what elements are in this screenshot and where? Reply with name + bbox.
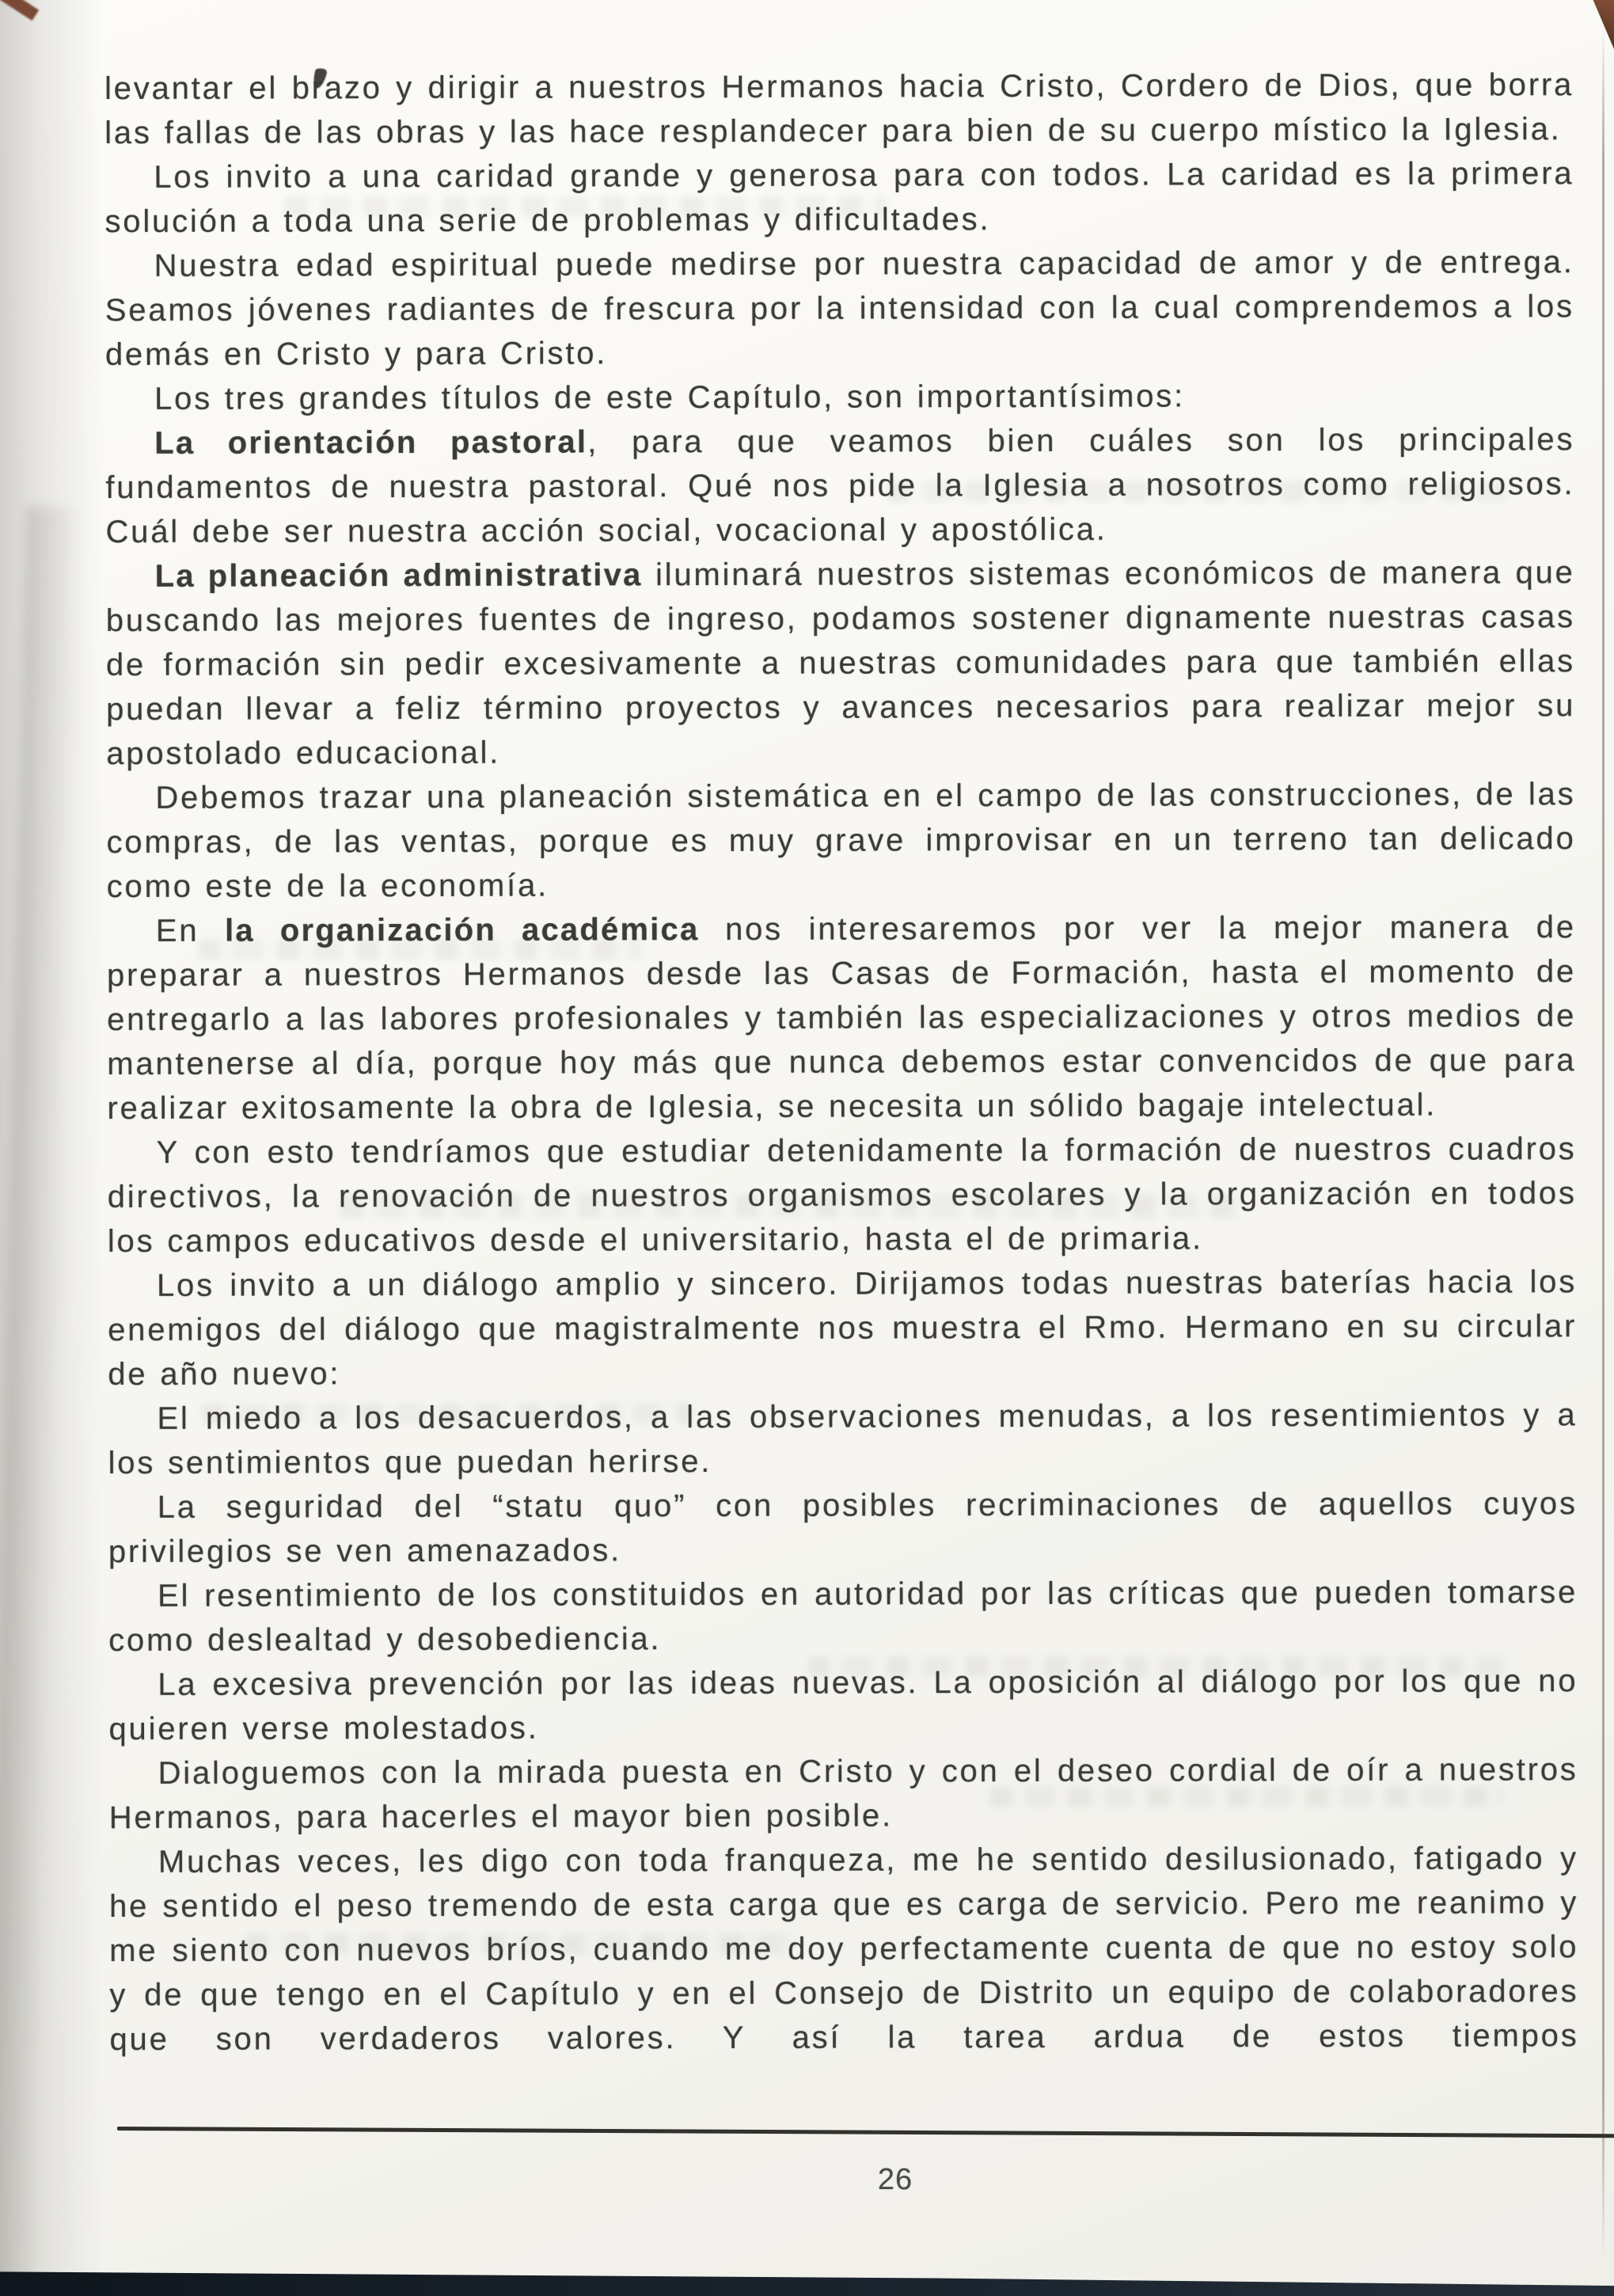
scan-edge-bottom: [0, 2269, 1614, 2296]
paragraph: Los invito a un diálogo amplio y sincero…: [108, 1260, 1577, 1397]
page-number: 26: [844, 2163, 947, 2197]
footer-rule: [117, 2127, 1614, 2138]
paragraph: El resentimiento de los constituidos en …: [108, 1570, 1578, 1663]
paragraph: Dialoguemos con la mirada puesta en Cris…: [109, 1747, 1578, 1840]
paragraph: Muchas veces, les digo con toda franquez…: [109, 1836, 1579, 2062]
text-run: La excesiva prevención por las ideas nue…: [108, 1663, 1578, 1747]
paragraph: La orientación pastoral, para que veamos…: [105, 417, 1574, 554]
text-run: El miedo a los desacuerdos, a las observ…: [108, 1397, 1578, 1481]
text-run: Los invito a una caridad grande y genero…: [104, 156, 1574, 239]
spine-shadow-streak: [0, 506, 94, 2280]
paragraph: La seguridad del “statu quo” con posible…: [108, 1481, 1578, 1574]
text-run: Muchas veces, les digo con toda franquez…: [109, 1841, 1579, 2057]
bold-run: la organización académica: [225, 912, 699, 948]
paragraph: La planeación administrativa iluminará n…: [106, 550, 1576, 776]
paragraph: Y con esto tendríamos que estudiar deten…: [108, 1127, 1577, 1264]
paragraph: La excesiva prevención por las ideas nue…: [108, 1659, 1578, 1751]
paragraph: En la organización académica nos interes…: [107, 905, 1577, 1131]
corner-artifact-top-left: [0, 0, 39, 21]
bold-run: La planeación administrativa: [155, 557, 643, 594]
text-run: Dialoguemos con la mirada puesta en Cris…: [109, 1752, 1578, 1835]
paragraph: levantar el brazo y dirigir a nuestros H…: [104, 63, 1574, 155]
text-run: La seguridad del “statu quo” con posible…: [108, 1486, 1578, 1569]
text-run: levantar el brazo y dirigir a nuestros H…: [104, 67, 1574, 150]
paragraph: El miedo a los desacuerdos, a las observ…: [108, 1393, 1577, 1485]
scanned-book-page: levantar el brazo y dirigir a nuestros H…: [0, 0, 1614, 2296]
text-block: levantar el brazo y dirigir a nuestros H…: [104, 63, 1579, 2062]
text-run: Debemos trazar una planeación sistemátic…: [107, 777, 1576, 904]
text-run: Y con esto tendríamos que estudiar deten…: [108, 1131, 1577, 1259]
text-run: El resentimiento de los constituidos en …: [108, 1575, 1578, 1658]
paragraph: Los tres grandes títulos de este Capítul…: [105, 373, 1574, 421]
paragraph: Nuestra edad espiritual puede medirse po…: [105, 240, 1574, 377]
text-run: Los invito a un diálogo amplio y sincero…: [108, 1264, 1577, 1392]
text-run: Los tres grandes títulos de este Capítul…: [154, 378, 1185, 416]
bold-run: La orientación pastoral: [154, 424, 587, 460]
paragraph: Debemos trazar una planeación sistemátic…: [106, 772, 1575, 909]
paragraph: Los invito a una caridad grande y genero…: [104, 151, 1574, 244]
text-run: Nuestra edad espiritual puede medirse po…: [105, 245, 1574, 372]
spine-shadow: [0, 0, 103, 2296]
text-run: En: [156, 914, 225, 948]
page-edge-line: [1602, 27, 1605, 2261]
